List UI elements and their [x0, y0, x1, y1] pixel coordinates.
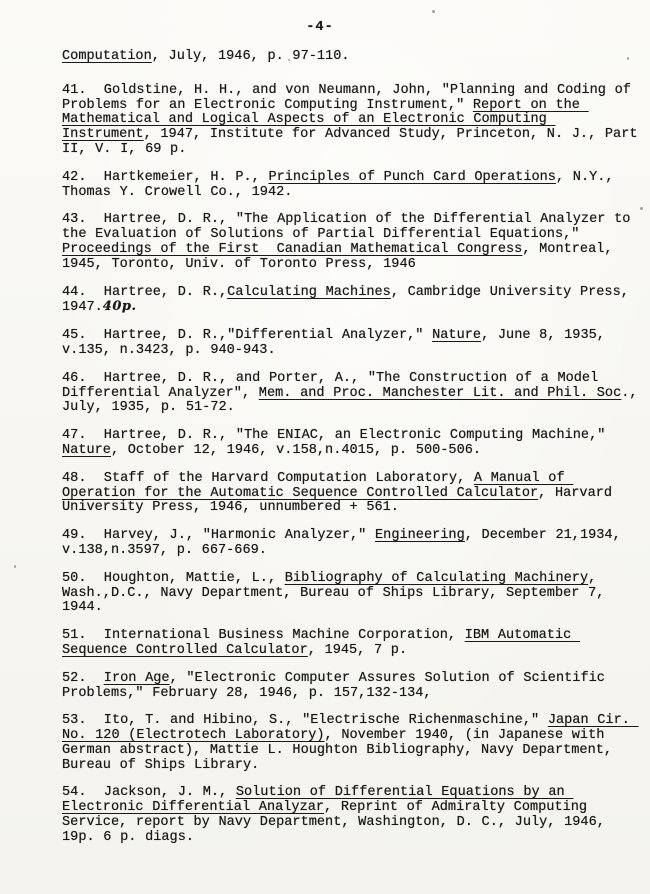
underlined-title: Bibliography of Calculating Machinery [285, 571, 588, 586]
text-segment: Hartkemeier, H. P., [104, 170, 269, 185]
bibliography-list: Computation, July, 1946, p. 97-110.41. G… [62, 50, 642, 859]
text-segment: , July, 1946, p. 97-110. [152, 49, 350, 64]
entry-number: 51. [62, 628, 104, 643]
text-segment: , October 12, 1946, v.158,n.4015, p. 500… [111, 443, 481, 458]
entry-number: 41. [62, 83, 104, 98]
scan-speck [288, 59, 290, 61]
bib-entry: 43. Hartree, D. R., "The Application of … [62, 213, 642, 272]
underlined-title: Engineering [375, 528, 465, 543]
bib-entry: 49. Harvey, J., "Harmonic Analyzer," Eng… [62, 529, 642, 559]
bib-entry: 54. Jackson, J. M., Solution of Differen… [62, 786, 642, 845]
underlined-title: Principles of Punch Card Operations [268, 170, 556, 185]
scan-speck [14, 565, 16, 568]
text-segment: International Business Machine Corporati… [104, 628, 465, 643]
bib-entry: 44. Hartree, D. R.,Calculating Machines,… [62, 286, 642, 317]
bib-entry: Computation, July, 1946, p. 97-110. [62, 50, 642, 65]
text-segment: Houghton, Mattie, L., [104, 571, 285, 586]
entry-number: 43. [62, 212, 104, 227]
underlined-title: Nature [62, 443, 111, 458]
text-segment: Ito, T. and Hibino, S., "Electrische Ric… [104, 713, 548, 728]
entry-number: 53. [62, 713, 104, 728]
scan-speck [640, 207, 643, 210]
text-segment: , 1947, Institute for Advanced Study, Pr… [62, 127, 646, 157]
underlined-title: Iron Age [104, 671, 170, 686]
bib-entry: 48. Staff of the Harvard Computation Lab… [62, 472, 642, 516]
text-segment: Jackson, J. M., [104, 785, 236, 800]
bib-entry: 52. Iron Age, "Electronic Computer Assur… [62, 672, 642, 702]
entry-number: 46. [62, 371, 104, 386]
bib-entry: 47. Hartree, D. R., "The ENIAC, an Elect… [62, 429, 642, 459]
bib-entry: 50. Houghton, Mattie, L., Bibliography o… [62, 572, 642, 616]
bib-entry: 53. Ito, T. and Hibino, S., "Electrische… [62, 714, 642, 773]
entry-number: 45. [62, 328, 104, 343]
entry-number: 48. [62, 471, 104, 486]
text-segment: Harvey, J., "Harmonic Analyzer," [104, 528, 375, 543]
text-segment: Hartree, D. R., "The Application of the … [62, 212, 639, 242]
underlined-title: Calculating Machines [227, 285, 391, 300]
entry-number: 47. [62, 428, 104, 443]
underlined-title: Proceedings of the First Canadian Mathem… [62, 242, 522, 257]
bib-entry: 51. International Business Machine Corpo… [62, 629, 642, 659]
page-number: -4- [0, 20, 640, 35]
entry-number: 44. [62, 285, 104, 300]
bib-entry: 45. Hartree, D. R.,"Differential Analyze… [62, 329, 642, 359]
text-segment: Hartree, D. R., "The ENIAC, an Electroni… [104, 428, 614, 443]
entry-number: 42. [62, 170, 104, 185]
underlined-title: Nature [432, 328, 481, 343]
handwritten-note: 40p. [103, 299, 137, 314]
underlined-title: Mem. and Proc. Manchester Lit. and Phil.… [259, 386, 621, 401]
scan-speck [432, 10, 435, 13]
bib-entry: 46. Hartree, D. R., and Porter, A., "The… [62, 372, 642, 416]
underlined-title: Computation [62, 49, 152, 64]
entry-number: 50. [62, 571, 104, 586]
scan-speck [609, 713, 611, 715]
document-page: -4- Computation, July, 1946, p. 97-110.4… [0, 0, 650, 894]
entry-number: 49. [62, 528, 104, 543]
text-segment: , 1945, 7 p. [308, 643, 407, 658]
text-segment: Staff of the Harvard Computation Laborat… [104, 471, 474, 486]
text-segment: Hartree, D. R.,"Differential Analyzer," [104, 328, 432, 343]
scan-speck [627, 57, 629, 60]
bib-entry: 42. Hartkemeier, H. P., Principles of Pu… [62, 171, 642, 201]
bib-entry: 41. Goldstine, H. H., and von Neumann, J… [62, 84, 642, 158]
text-segment: Hartree, D. R., [104, 285, 227, 300]
entry-number: 52. [62, 671, 104, 686]
entry-number: 54. [62, 785, 104, 800]
